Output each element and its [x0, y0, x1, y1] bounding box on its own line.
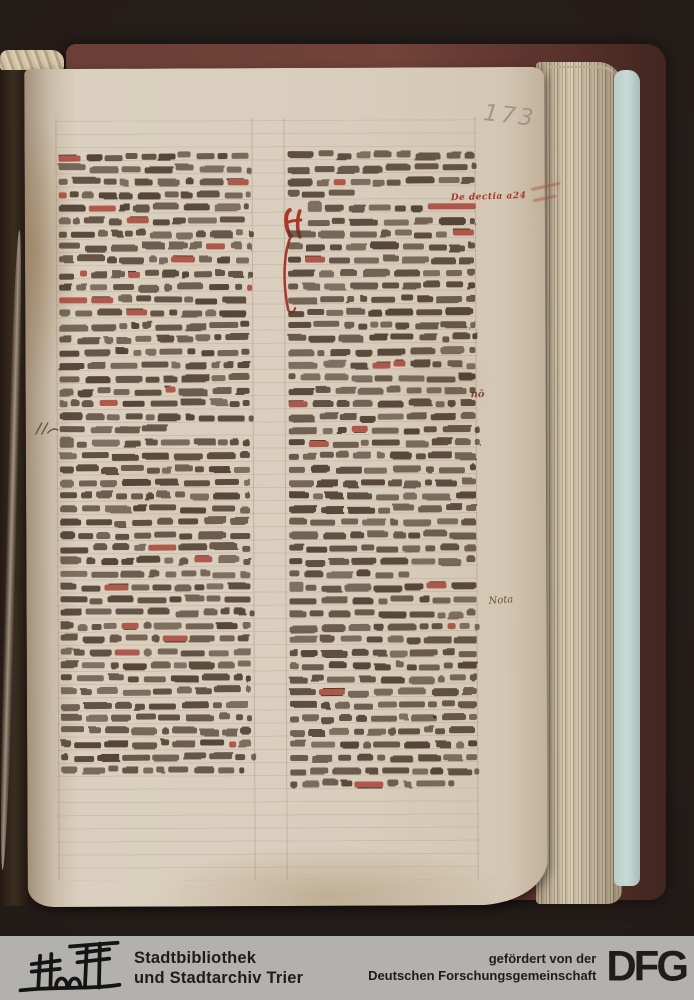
script-word — [143, 767, 153, 773]
script-word — [315, 387, 330, 393]
script-word — [417, 297, 432, 303]
script-word — [217, 663, 234, 669]
script-word — [322, 650, 348, 656]
script-word — [229, 741, 236, 747]
script-line-left — [61, 700, 311, 711]
script-word — [411, 558, 435, 564]
script-word — [107, 415, 120, 421]
script-word — [142, 322, 151, 328]
script-word — [372, 362, 391, 368]
script-word — [306, 244, 326, 250]
script-word — [125, 231, 133, 237]
script-word — [290, 740, 305, 746]
script-word — [59, 164, 86, 170]
script-word — [77, 338, 100, 344]
script-word — [378, 701, 397, 707]
script-word — [60, 520, 81, 526]
script-word — [250, 611, 255, 617]
script-word — [134, 389, 161, 395]
script-word — [235, 284, 242, 290]
script-word — [418, 755, 441, 761]
script-word — [348, 507, 375, 513]
script-word — [176, 165, 193, 171]
script-word — [151, 663, 171, 669]
script-word — [403, 428, 420, 434]
script-line-left — [60, 543, 310, 554]
script-word — [105, 155, 123, 161]
script-word — [240, 452, 250, 458]
script-line-right — [288, 151, 535, 161]
script-word — [475, 440, 480, 446]
script-word — [341, 635, 362, 641]
script-word — [360, 676, 376, 682]
script-word — [123, 690, 151, 696]
script-word — [305, 257, 325, 263]
script-word — [365, 767, 379, 773]
script-line-right — [290, 610, 537, 619]
script-word — [119, 258, 143, 264]
script-word — [92, 572, 119, 578]
script-word — [234, 675, 243, 681]
script-word — [59, 273, 74, 279]
script-word — [451, 583, 476, 589]
script-word — [378, 348, 406, 354]
script-word — [336, 401, 349, 407]
script-word — [185, 415, 195, 421]
script-word — [116, 493, 127, 499]
script-line-right — [289, 504, 536, 515]
script-line-left — [61, 727, 311, 737]
script-word — [105, 506, 131, 512]
script-word — [182, 702, 209, 708]
script-word — [475, 624, 480, 630]
script-word — [83, 768, 105, 774]
script-word — [59, 192, 67, 198]
script-word — [157, 336, 174, 342]
script-word — [411, 205, 422, 211]
script-word — [118, 295, 132, 301]
script-word — [432, 361, 441, 367]
script-word — [107, 257, 117, 263]
script-word — [136, 230, 146, 236]
script-word — [90, 167, 119, 173]
script-line-right — [289, 465, 536, 475]
script-word — [303, 454, 316, 460]
script-word — [77, 442, 87, 448]
script-word — [77, 625, 87, 631]
script-word — [162, 728, 169, 734]
script-word — [245, 192, 250, 198]
script-word — [210, 232, 233, 238]
script-word — [438, 559, 462, 565]
script-word — [318, 350, 325, 356]
script-word — [120, 572, 144, 578]
script-word — [248, 232, 253, 238]
script-word — [410, 360, 430, 366]
script-word — [322, 586, 342, 592]
script-word — [112, 455, 138, 461]
script-line-right — [290, 701, 537, 711]
script-word — [177, 688, 192, 694]
script-word — [318, 231, 345, 237]
script-word — [288, 179, 313, 185]
script-word — [326, 676, 354, 682]
script-word — [213, 572, 236, 578]
script-word — [311, 466, 331, 472]
script-line-left — [59, 192, 309, 201]
script-word — [60, 438, 74, 448]
script-word — [340, 741, 359, 747]
script-line-left — [60, 426, 310, 436]
script-word — [246, 687, 251, 693]
script-word — [345, 322, 355, 328]
script-line-right — [290, 741, 537, 750]
script-word — [217, 258, 230, 264]
script-word — [185, 297, 193, 303]
script-word — [411, 715, 437, 721]
script-word — [234, 467, 250, 473]
script-word — [307, 309, 324, 315]
script-word — [239, 740, 251, 746]
script-word — [430, 414, 455, 420]
script-word — [186, 715, 214, 721]
script-line-left — [59, 282, 309, 293]
script-word — [134, 505, 146, 511]
script-line-left — [61, 649, 311, 658]
script-word — [115, 649, 140, 655]
script-word — [393, 505, 414, 511]
script-word — [144, 167, 172, 173]
script-word — [132, 742, 157, 748]
script-word — [109, 219, 122, 225]
script-word — [449, 769, 472, 775]
script-word — [174, 585, 191, 591]
script-word — [419, 335, 437, 341]
script-word — [447, 360, 462, 366]
script-word — [59, 155, 82, 161]
script-word — [60, 557, 81, 563]
script-word — [111, 246, 138, 252]
script-word — [138, 285, 160, 291]
script-line-right — [290, 622, 537, 633]
script-word — [114, 427, 139, 433]
script-word — [334, 179, 346, 185]
script-word — [128, 271, 140, 277]
script-word — [113, 284, 134, 290]
script-word — [462, 177, 475, 183]
script-word — [438, 518, 459, 524]
script-word — [116, 337, 131, 343]
script-word — [374, 151, 392, 157]
script-line-left — [59, 334, 309, 345]
script-word — [212, 505, 235, 511]
script-word — [446, 504, 462, 510]
script-word — [213, 493, 239, 499]
script-word — [371, 440, 400, 446]
script-word — [409, 611, 434, 617]
script-word — [432, 439, 452, 445]
script-word — [347, 308, 366, 314]
script-word — [467, 269, 475, 275]
script-word — [218, 440, 228, 446]
script-word — [465, 545, 476, 551]
script-word — [378, 413, 404, 419]
script-word — [290, 769, 306, 775]
page-stack-corner — [548, 66, 620, 102]
script-word — [395, 323, 409, 329]
script-word — [131, 322, 139, 328]
script-word — [97, 755, 119, 761]
script-line-right — [288, 347, 535, 358]
script-word — [166, 387, 176, 393]
script-word — [242, 622, 250, 628]
script-word — [70, 232, 95, 238]
script-word — [70, 192, 79, 198]
script-word — [306, 560, 326, 566]
script-word — [97, 387, 110, 393]
script-word — [179, 518, 199, 524]
script-line-left — [61, 636, 311, 645]
script-line-right — [290, 714, 537, 725]
script-word — [141, 361, 167, 367]
script-word — [325, 374, 349, 380]
script-word — [128, 676, 140, 682]
script-word — [329, 190, 355, 196]
script-word — [123, 663, 147, 669]
script-word — [236, 230, 243, 236]
script-word — [119, 193, 133, 199]
script-word — [445, 388, 467, 394]
script-word — [204, 517, 226, 523]
script-line-left — [61, 752, 311, 763]
script-word — [435, 729, 445, 735]
script-word — [454, 597, 477, 603]
script-word — [460, 622, 470, 628]
script-word — [289, 491, 309, 497]
script-word — [231, 517, 249, 523]
script-word — [186, 179, 195, 185]
script-word — [190, 635, 215, 641]
script-word — [321, 702, 329, 708]
script-word — [180, 507, 206, 513]
script-word — [239, 768, 244, 774]
script-word — [105, 337, 114, 343]
script-line-left — [59, 178, 309, 188]
script-word — [60, 390, 74, 396]
script-word — [459, 257, 475, 263]
script-word — [447, 400, 455, 406]
script-word — [289, 467, 305, 473]
script-word — [367, 636, 382, 642]
script-word — [159, 258, 168, 264]
script-word — [320, 296, 344, 302]
script-word — [162, 468, 171, 474]
script-word — [202, 675, 229, 681]
script-line-right — [289, 518, 536, 527]
script-word — [135, 179, 153, 185]
script-word — [144, 676, 166, 682]
script-word — [73, 178, 101, 184]
script-word — [190, 243, 202, 249]
script-word — [225, 334, 248, 340]
script-word — [408, 532, 420, 538]
script-line-left — [60, 530, 310, 541]
script-word — [457, 663, 476, 669]
script-word — [71, 401, 79, 407]
script-word — [155, 478, 179, 484]
script-word — [228, 583, 250, 589]
script-word — [389, 729, 396, 735]
script-word — [390, 453, 412, 459]
script-word — [407, 413, 427, 419]
script-word — [428, 701, 437, 707]
script-line-left — [59, 230, 309, 240]
script-line-right — [289, 544, 536, 553]
script-word — [289, 518, 307, 524]
script-word — [311, 767, 329, 773]
script-word — [336, 388, 356, 394]
script-word — [290, 689, 316, 695]
script-word — [186, 324, 206, 330]
script-word — [338, 336, 364, 342]
script-word — [60, 547, 88, 553]
script-word — [200, 729, 219, 735]
script-word — [460, 413, 475, 419]
script-word — [358, 388, 384, 394]
script-word — [162, 270, 179, 276]
script-word — [322, 779, 338, 785]
script-word — [61, 754, 68, 760]
script-word — [59, 256, 73, 262]
script-line-left — [60, 556, 310, 567]
script-word — [390, 651, 407, 657]
script-word — [320, 636, 335, 642]
script-word — [156, 491, 170, 497]
script-word — [341, 780, 352, 786]
script-word — [332, 217, 345, 223]
script-word — [343, 481, 358, 487]
script-word — [228, 374, 249, 380]
script-word — [152, 636, 160, 642]
script-word — [87, 154, 103, 160]
script-word — [112, 271, 125, 277]
script-word — [340, 414, 357, 420]
script-word — [91, 272, 107, 278]
folio-number: 173 — [482, 100, 538, 132]
script-word — [395, 229, 412, 235]
script-word — [349, 206, 366, 212]
script-word — [427, 376, 456, 382]
script-word — [89, 727, 101, 733]
script-line-left — [61, 622, 311, 633]
script-word — [446, 269, 461, 275]
script-word — [158, 415, 180, 421]
script-word — [81, 193, 94, 199]
script-word — [145, 269, 159, 275]
script-word — [468, 740, 477, 746]
script-word — [377, 755, 385, 761]
script-word — [311, 741, 335, 747]
script-word — [125, 153, 137, 159]
script-line-right — [308, 216, 535, 226]
script-word — [390, 334, 413, 340]
script-word — [172, 741, 195, 747]
script-word — [176, 233, 193, 239]
script-word — [288, 322, 311, 328]
script-word — [407, 637, 421, 643]
script-word — [236, 714, 243, 720]
script-line-right — [289, 426, 536, 437]
script-word — [289, 401, 308, 407]
script-word — [59, 284, 71, 290]
script-word — [359, 415, 375, 421]
script-word — [338, 153, 351, 159]
script-word — [385, 164, 410, 170]
script-word — [61, 635, 78, 641]
script-word — [200, 571, 210, 577]
script-word — [142, 153, 156, 159]
script-word — [199, 167, 224, 173]
script-word — [61, 610, 82, 616]
script-line-left — [60, 439, 310, 449]
script-word — [80, 270, 88, 276]
script-word — [195, 689, 211, 695]
script-line-right — [289, 439, 536, 450]
script-word — [353, 599, 374, 605]
script-word — [218, 556, 239, 562]
script-word — [91, 324, 116, 330]
script-word — [88, 206, 116, 212]
script-word — [215, 269, 226, 275]
script-word — [203, 609, 217, 615]
script-word — [224, 362, 234, 368]
script-word — [101, 559, 118, 565]
script-word — [97, 309, 122, 315]
script-word — [372, 296, 396, 302]
script-word — [331, 348, 351, 354]
script-word — [85, 246, 107, 252]
script-line-right — [290, 753, 537, 763]
script-word — [209, 322, 238, 328]
script-word — [105, 585, 129, 591]
script-word — [289, 428, 317, 434]
script-word — [199, 257, 212, 263]
script-word — [446, 282, 462, 288]
script-word — [244, 479, 250, 485]
script-word — [172, 727, 197, 733]
script-word — [454, 439, 470, 445]
script-word — [368, 728, 386, 734]
script-word — [407, 664, 417, 670]
script-word — [158, 649, 178, 655]
script-word — [351, 426, 367, 432]
script-line-right — [288, 321, 535, 331]
script-word — [146, 376, 159, 382]
script-word — [397, 152, 411, 158]
script-word — [78, 390, 93, 396]
script-word — [289, 571, 299, 577]
script-word — [144, 650, 152, 656]
script-word — [357, 754, 373, 760]
script-line-right — [289, 479, 536, 488]
script-word — [90, 650, 112, 656]
script-word — [182, 270, 189, 276]
script-word — [439, 467, 465, 473]
script-word — [177, 283, 203, 289]
script-word — [318, 151, 333, 157]
script-word — [388, 480, 401, 486]
script-word — [329, 546, 357, 552]
